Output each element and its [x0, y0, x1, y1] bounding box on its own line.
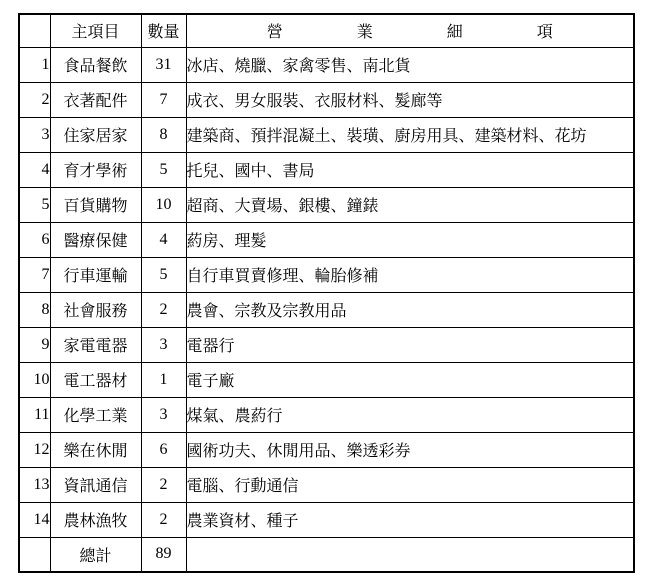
table-row: 8社會服務2農會、宗教及宗教用品 — [19, 292, 634, 327]
detail-cell: 農業資材、種子 — [186, 502, 634, 537]
business-category-table-wrap: 主項目 數量 營業細項 1食品餐飲31冰店、燒臘、家禽零售、南北貨2衣著配件7成… — [18, 13, 635, 573]
main-item-cell: 食品餐飲 — [50, 47, 141, 82]
table-row: 4育才學術5托兒、國中、書局 — [19, 152, 634, 187]
row-number-cell: 1 — [19, 47, 50, 82]
table-row: 6醫療保健4葯房、理髮 — [19, 222, 634, 257]
header-row: 主項目 數量 營業細項 — [19, 14, 634, 47]
total-label: 總計 — [50, 537, 141, 572]
main-item-cell: 電工器材 — [50, 362, 141, 397]
detail-cell: 托兒、國中、書局 — [186, 152, 634, 187]
table-row: 7行車運輸5自行車買賣修理、輪胎修補 — [19, 257, 634, 292]
total-index-cell — [19, 537, 50, 572]
table-row: 12樂在休閒6國術功夫、休閒用品、樂透彩券 — [19, 432, 634, 467]
quantity-cell: 10 — [141, 187, 186, 222]
total-detail-cell — [186, 537, 634, 572]
quantity-cell: 2 — [141, 502, 186, 537]
col-header-detail-label: 營業細項 — [267, 24, 627, 41]
row-number-cell: 9 — [19, 327, 50, 362]
total-quantity: 89 — [141, 537, 186, 572]
table-row: 3住家居家8建築商、預拌混凝土、裝璜、廚房用具、建築材料、花坊 — [19, 117, 634, 152]
col-header-detail: 營業細項 — [186, 14, 634, 47]
quantity-cell: 7 — [141, 82, 186, 117]
total-row: 總計 89 — [19, 537, 634, 572]
detail-cell: 建築商、預拌混凝土、裝璜、廚房用具、建築材料、花坊 — [186, 117, 634, 152]
detail-cell: 冰店、燒臘、家禽零售、南北貨 — [186, 47, 634, 82]
main-item-cell: 育才學術 — [50, 152, 141, 187]
page: { "table": { "headers": { "index": "", "… — [0, 0, 645, 586]
detail-cell: 自行車買賣修理、輪胎修補 — [186, 257, 634, 292]
quantity-cell: 5 — [141, 257, 186, 292]
main-item-cell: 化學工業 — [50, 397, 141, 432]
col-header-index — [19, 14, 50, 47]
quantity-cell: 8 — [141, 117, 186, 152]
quantity-cell: 4 — [141, 222, 186, 257]
row-number-cell: 4 — [19, 152, 50, 187]
row-number-cell: 12 — [19, 432, 50, 467]
quantity-cell: 1 — [141, 362, 186, 397]
main-item-cell: 農林漁牧 — [50, 502, 141, 537]
main-item-cell: 衣著配件 — [50, 82, 141, 117]
quantity-cell: 3 — [141, 397, 186, 432]
table-row: 11化學工業3煤氣、農葯行 — [19, 397, 634, 432]
row-number-cell: 8 — [19, 292, 50, 327]
detail-cell: 超商、大賣場、銀樓、鐘錶 — [186, 187, 634, 222]
row-number-cell: 14 — [19, 502, 50, 537]
col-header-quantity: 數量 — [141, 14, 186, 47]
main-item-cell: 樂在休閒 — [50, 432, 141, 467]
detail-cell: 成衣、男女服裝、衣服材料、髮廊等 — [186, 82, 634, 117]
main-item-cell: 住家居家 — [50, 117, 141, 152]
detail-cell: 煤氣、農葯行 — [186, 397, 634, 432]
main-item-cell: 醫療保健 — [50, 222, 141, 257]
quantity-cell: 5 — [141, 152, 186, 187]
detail-cell: 農會、宗教及宗教用品 — [186, 292, 634, 327]
main-item-cell: 社會服務 — [50, 292, 141, 327]
row-number-cell: 7 — [19, 257, 50, 292]
table-row: 10電工器材1電子廠 — [19, 362, 634, 397]
business-category-table: 主項目 數量 營業細項 1食品餐飲31冰店、燒臘、家禽零售、南北貨2衣著配件7成… — [18, 13, 635, 573]
table-row: 1食品餐飲31冰店、燒臘、家禽零售、南北貨 — [19, 47, 634, 82]
quantity-cell: 6 — [141, 432, 186, 467]
table-row: 5百貨購物10超商、大賣場、銀樓、鐘錶 — [19, 187, 634, 222]
main-item-cell: 百貨購物 — [50, 187, 141, 222]
detail-cell: 國術功夫、休閒用品、樂透彩券 — [186, 432, 634, 467]
col-header-main-item: 主項目 — [50, 14, 141, 47]
row-number-cell: 2 — [19, 82, 50, 117]
detail-cell: 電腦、行動通信 — [186, 467, 634, 502]
detail-cell: 電器行 — [186, 327, 634, 362]
row-number-cell: 13 — [19, 467, 50, 502]
row-number-cell: 3 — [19, 117, 50, 152]
quantity-cell: 2 — [141, 467, 186, 502]
main-item-cell: 家電電器 — [50, 327, 141, 362]
row-number-cell: 6 — [19, 222, 50, 257]
table-row: 13資訊通信2電腦、行動通信 — [19, 467, 634, 502]
table-row: 2衣著配件7成衣、男女服裝、衣服材料、髮廊等 — [19, 82, 634, 117]
quantity-cell: 31 — [141, 47, 186, 82]
main-item-cell: 資訊通信 — [50, 467, 141, 502]
quantity-cell: 2 — [141, 292, 186, 327]
table-row: 14農林漁牧2農業資材、種子 — [19, 502, 634, 537]
main-item-cell: 行車運輸 — [50, 257, 141, 292]
row-number-cell: 5 — [19, 187, 50, 222]
row-number-cell: 10 — [19, 362, 50, 397]
table-row: 9家電電器3電器行 — [19, 327, 634, 362]
quantity-cell: 3 — [141, 327, 186, 362]
detail-cell: 電子廠 — [186, 362, 634, 397]
row-number-cell: 11 — [19, 397, 50, 432]
detail-cell: 葯房、理髮 — [186, 222, 634, 257]
